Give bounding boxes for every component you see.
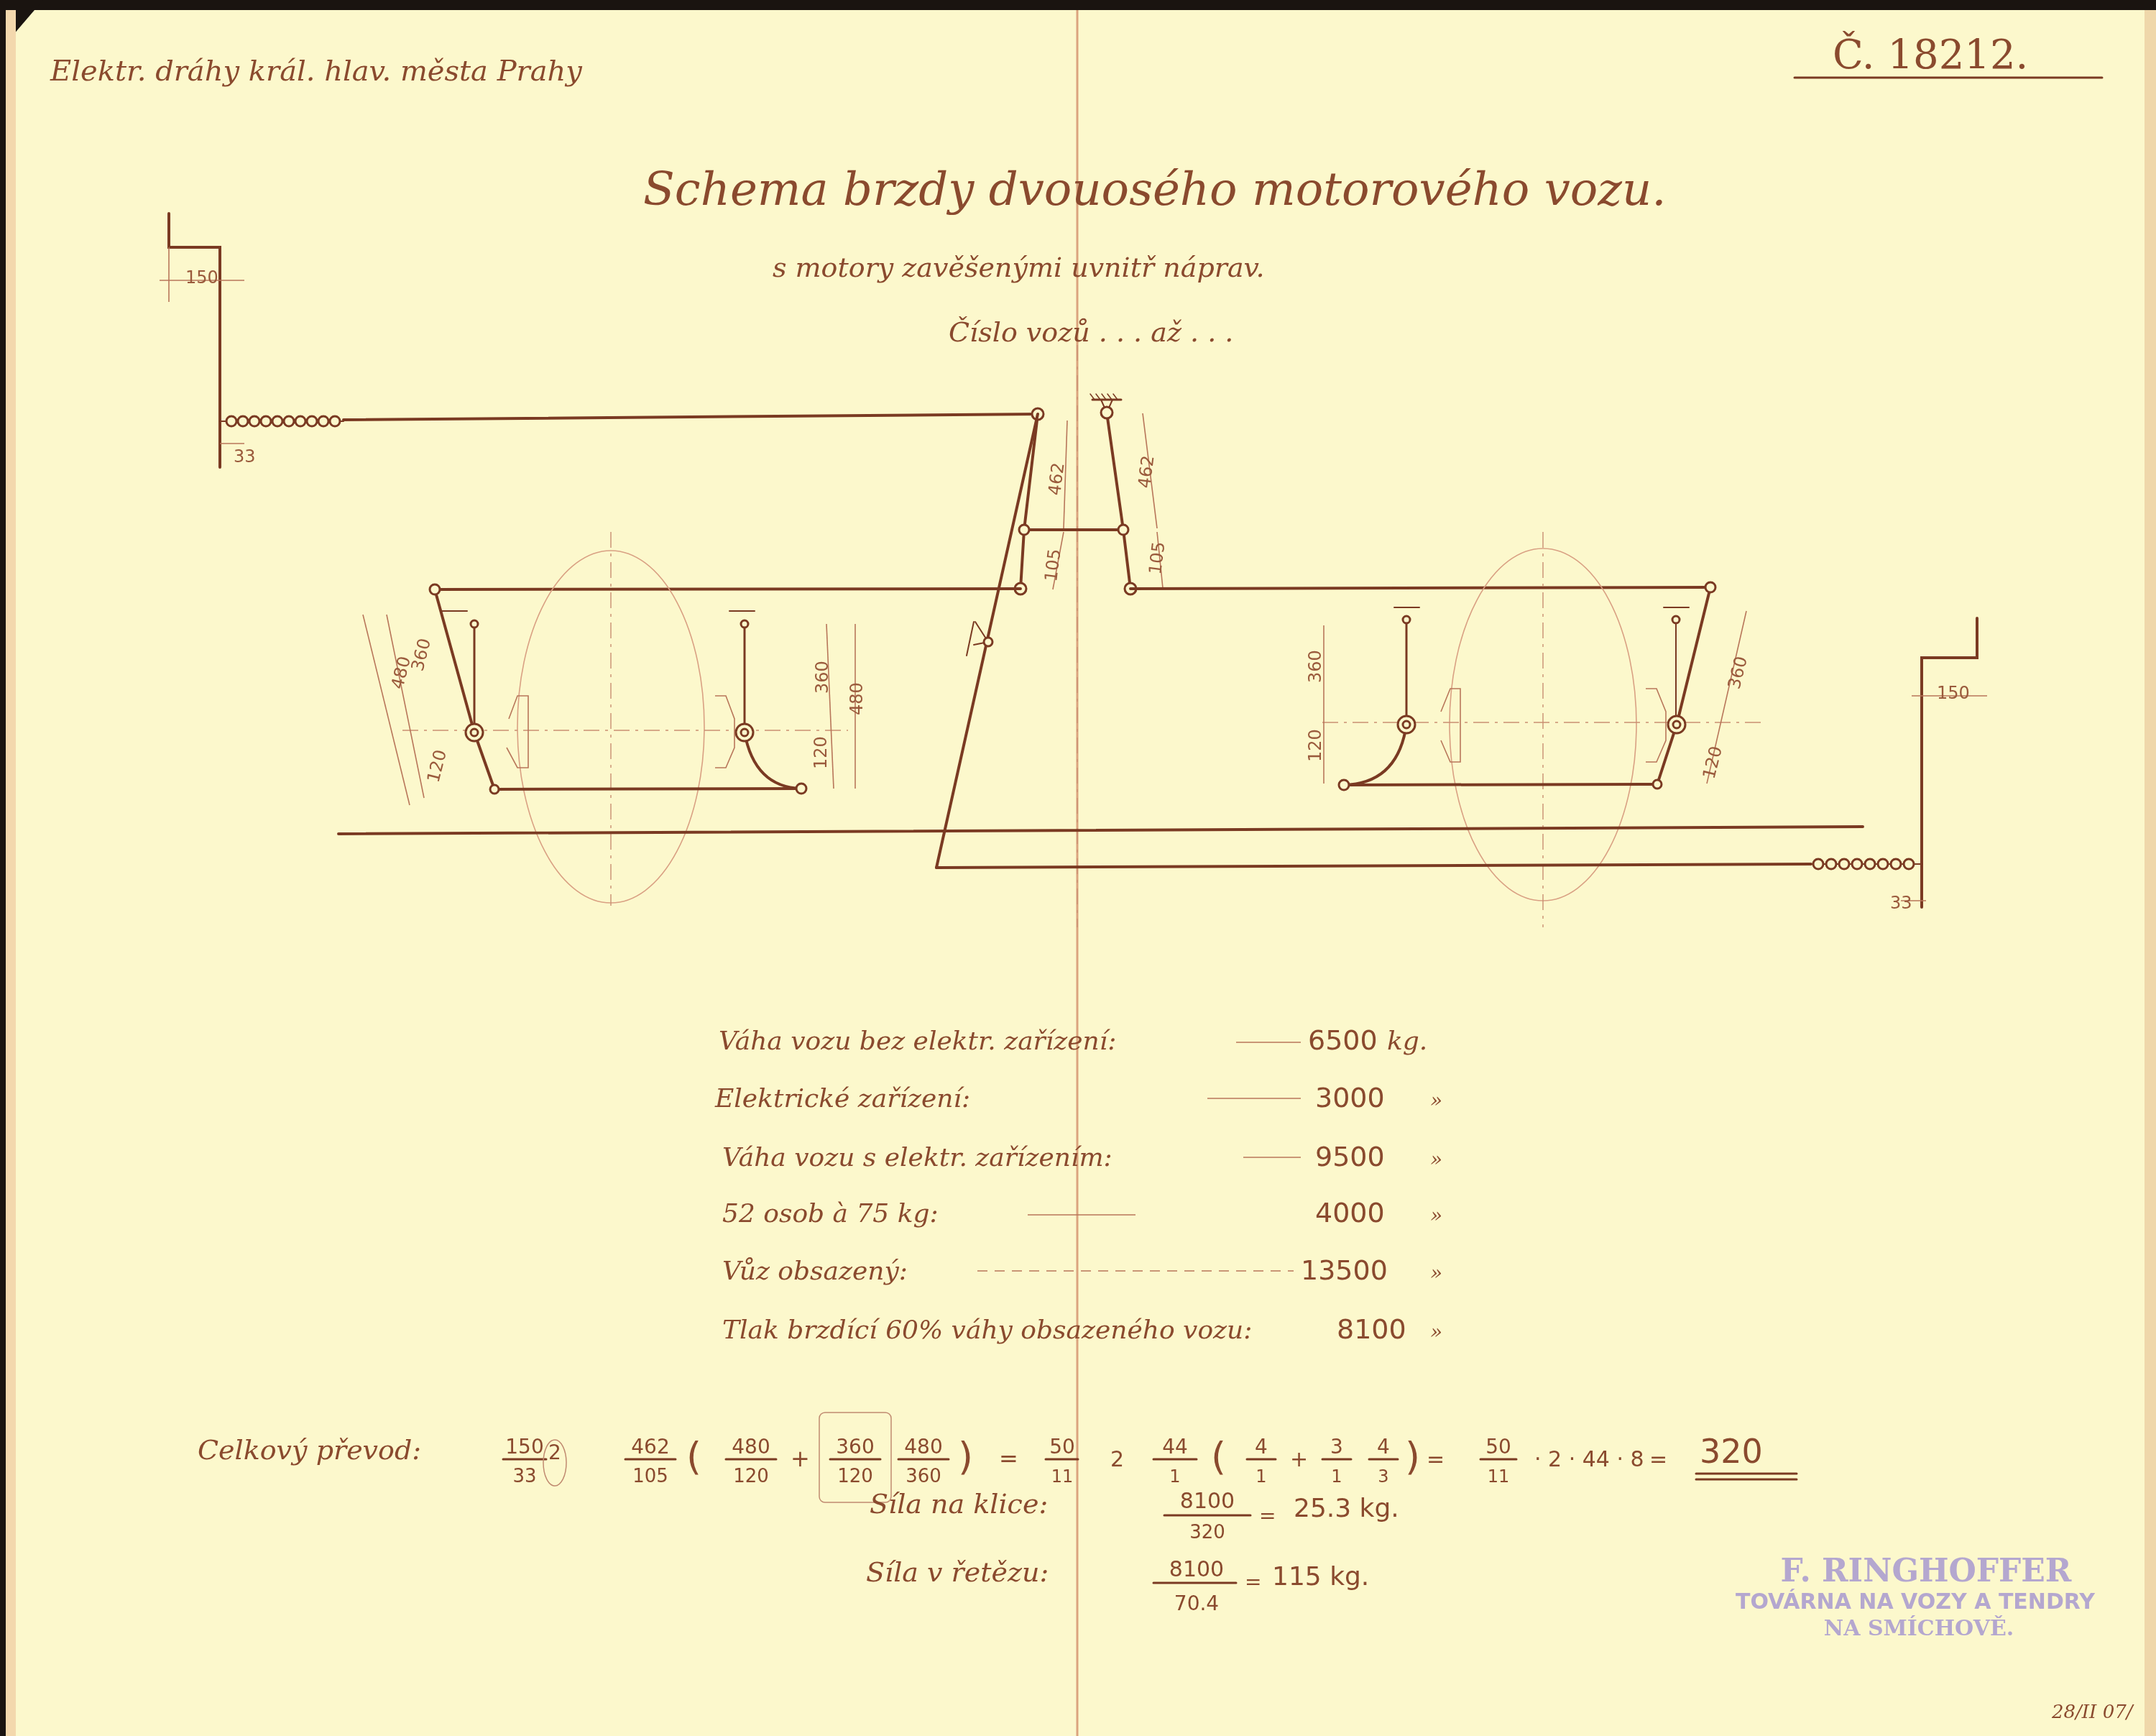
svg-text:kg.: kg. bbox=[1387, 1027, 1427, 1056]
svg-text:): ) bbox=[1405, 1434, 1420, 1479]
left-handle-arm-dim: 150 bbox=[185, 267, 218, 288]
right-chain bbox=[1811, 859, 1922, 869]
svg-text:8100: 8100 bbox=[1180, 1489, 1235, 1514]
svg-text:360: 360 bbox=[836, 1435, 874, 1459]
diagonal-rod-guide bbox=[967, 622, 992, 656]
fraction: 44 1 bbox=[1153, 1435, 1197, 1487]
chain-force: Síla v řetězu: 8100 70.4 = 115 kg. bbox=[866, 1556, 1369, 1615]
fraction: 50 11 bbox=[1046, 1435, 1078, 1487]
weight-row: Váha vozu bez elektr. zařízení: 6500 kg. bbox=[719, 1024, 1427, 1056]
fraction: 480 120 bbox=[726, 1435, 776, 1487]
svg-text:44: 44 bbox=[1162, 1435, 1188, 1459]
svg-text:120: 120 bbox=[733, 1466, 769, 1487]
svg-text:(: ( bbox=[1211, 1434, 1226, 1479]
left-outer-lower-dim: 120 bbox=[423, 748, 451, 784]
svg-text:=: = bbox=[1649, 1447, 1667, 1472]
svg-text:2: 2 bbox=[1110, 1447, 1124, 1472]
svg-text:11: 11 bbox=[1051, 1466, 1074, 1487]
bottom-pull-rod bbox=[936, 864, 1811, 868]
fraction: 4 3 bbox=[1369, 1435, 1398, 1487]
svg-text:50: 50 bbox=[1049, 1435, 1075, 1459]
central-lever: 462 462 105 105 bbox=[1015, 345, 1169, 927]
svg-text:480: 480 bbox=[904, 1435, 942, 1459]
fraction: 462 105 bbox=[625, 1435, 676, 1487]
central-right-lower-dim: 105 bbox=[1145, 541, 1169, 576]
svg-text:11: 11 bbox=[1488, 1466, 1510, 1487]
left-inner-lower-dim: 120 bbox=[811, 736, 831, 769]
central-right-upper-dim: 462 bbox=[1134, 454, 1158, 490]
weight-row: Vůz obsazený: 13500 » bbox=[722, 1254, 1442, 1286]
svg-text:»: » bbox=[1430, 1088, 1442, 1112]
ratio-label: Celkový převod: bbox=[198, 1434, 421, 1466]
svg-text:1: 1 bbox=[1256, 1466, 1266, 1487]
product-terms: · 2 · 44 · 8 bbox=[1534, 1447, 1644, 1472]
svg-text:F. RINGHOFFER: F. RINGHOFFER bbox=[1781, 1553, 2072, 1589]
svg-text:»: » bbox=[1430, 1261, 1442, 1285]
left-handle: 150 33 bbox=[160, 213, 344, 467]
right-outer-lower-dim: 120 bbox=[1699, 744, 1726, 781]
svg-text:): ) bbox=[958, 1434, 973, 1479]
svg-text:1: 1 bbox=[1331, 1466, 1342, 1487]
svg-text:115 kg.: 115 kg. bbox=[1272, 1562, 1369, 1592]
svg-text:13500: 13500 bbox=[1301, 1254, 1388, 1286]
date-note: 28/II 07/ bbox=[2051, 1701, 2134, 1723]
ratio-result: 320 bbox=[1700, 1432, 1763, 1471]
central-left-lower-dim: 105 bbox=[1041, 548, 1064, 583]
svg-text:TOVÁRNA NA VOZY A TENDRY: TOVÁRNA NA VOZY A TENDRY bbox=[1736, 1589, 2096, 1615]
weight-row: Elektrické zařízení: 3000 » bbox=[714, 1082, 1442, 1113]
fraction: 480 360 bbox=[898, 1435, 949, 1487]
right-handle-arm-dim: 150 bbox=[1937, 683, 1970, 703]
central-left-upper-dim: 462 bbox=[1044, 461, 1068, 497]
svg-text:70.4: 70.4 bbox=[1174, 1592, 1219, 1615]
svg-text:9500: 9500 bbox=[1315, 1141, 1385, 1172]
svg-text:120: 120 bbox=[837, 1466, 873, 1487]
svg-text:320: 320 bbox=[1189, 1522, 1225, 1543]
left-inner-upper-dim: 360 bbox=[812, 661, 832, 694]
fraction: 360 120 bbox=[830, 1435, 880, 1487]
weight-row: Tlak brzdící 60% váhy obsazeného vozu: 8… bbox=[722, 1313, 1442, 1345]
factor-two: 2 bbox=[548, 1441, 561, 1464]
right-chain-offset-dim: 33 bbox=[1890, 893, 1912, 913]
svg-text:+: + bbox=[791, 1445, 810, 1472]
svg-text:480: 480 bbox=[732, 1435, 770, 1459]
svg-text:3: 3 bbox=[1330, 1435, 1343, 1459]
svg-text:150: 150 bbox=[505, 1435, 543, 1459]
right-upper-rod bbox=[1130, 587, 1710, 589]
title-main: Schema brzdy dvouosého motorového vozu. bbox=[643, 163, 1667, 216]
svg-text:33: 33 bbox=[512, 1466, 536, 1487]
owner-label: Elektr. dráhy král. hlav. města Prahy bbox=[50, 55, 583, 88]
left-inner-total-dim: 480 bbox=[847, 682, 867, 715]
svg-text:»: » bbox=[1430, 1320, 1442, 1344]
right-outer-upper-dim: 360 bbox=[1724, 654, 1751, 691]
right-handle: 150 33 bbox=[1811, 618, 1987, 913]
fraction: 3 1 bbox=[1322, 1435, 1351, 1487]
svg-text:Síla na klice:: Síla na klice: bbox=[870, 1488, 1048, 1520]
svg-text:=: = bbox=[999, 1445, 1018, 1472]
title-subtitle: s motory zavěšenými uvnitř náprav. bbox=[773, 252, 1265, 283]
svg-text:50: 50 bbox=[1485, 1435, 1511, 1459]
manufacturer-stamp: F. RINGHOFFER TOVÁRNA NA VOZY A TENDRY N… bbox=[1736, 1553, 2096, 1641]
svg-text:4: 4 bbox=[1255, 1435, 1268, 1459]
svg-text:4: 4 bbox=[1377, 1435, 1390, 1459]
svg-text:NA SMÍCHOVĚ.: NA SMÍCHOVĚ. bbox=[1824, 1615, 2014, 1641]
brake-schematic: Elektr. dráhy král. hlav. města Prahy Č.… bbox=[0, 0, 2156, 1736]
weights-table: Váha vozu bez elektr. zařízení: 6500 kg.… bbox=[714, 1024, 1442, 1345]
svg-text:»: » bbox=[1430, 1147, 1442, 1171]
svg-text:1: 1 bbox=[1169, 1466, 1180, 1487]
drawing-sheet: Elektr. dráhy král. hlav. města Prahy Č.… bbox=[0, 0, 2156, 1736]
svg-text:3000: 3000 bbox=[1315, 1082, 1385, 1113]
car-number-label: Číslo vozů . . . až . . . bbox=[949, 316, 1233, 348]
left-outer-upper-dim: 360 bbox=[407, 636, 435, 673]
fraction: 50 11 bbox=[1480, 1435, 1516, 1487]
weight-row: Váha vozu s elektr. zařízením: 9500 » bbox=[722, 1141, 1442, 1172]
left-chain-offset-dim: 33 bbox=[234, 446, 256, 467]
svg-text:8100: 8100 bbox=[1169, 1557, 1224, 1582]
svg-text:360: 360 bbox=[906, 1466, 941, 1487]
svg-text:4000: 4000 bbox=[1315, 1197, 1385, 1228]
svg-text:6500: 6500 bbox=[1308, 1024, 1378, 1056]
svg-text:Váha vozu s elektr. zařízením:: Váha vozu s elektr. zařízením: bbox=[722, 1143, 1112, 1172]
top-pull-rod bbox=[344, 414, 1038, 420]
svg-text:=: = bbox=[1259, 1504, 1276, 1528]
left-chain bbox=[220, 416, 344, 426]
svg-text:»: » bbox=[1430, 1203, 1442, 1227]
left-upper-rod bbox=[435, 589, 1021, 589]
handle-force: Síla na klice: 8100 320 = 25.3 kg. bbox=[870, 1488, 1399, 1543]
svg-text:=: = bbox=[1245, 1570, 1261, 1594]
drawing-number: Č. 18212. bbox=[1833, 30, 2028, 78]
frame-line bbox=[338, 827, 1863, 834]
fraction: 4 1 bbox=[1247, 1435, 1276, 1487]
svg-text:+: + bbox=[1290, 1447, 1308, 1472]
weight-row: 52 osob à 75 kg: 4000 » bbox=[722, 1197, 1442, 1228]
fraction: 150 33 bbox=[503, 1435, 546, 1487]
svg-text:Elektrické zařízení:: Elektrické zařízení: bbox=[714, 1084, 970, 1113]
svg-text:Vůz obsazený:: Vůz obsazený: bbox=[722, 1257, 908, 1286]
svg-text:Tlak brzdící 60% váhy obsazené: Tlak brzdící 60% váhy obsazeného vozu: bbox=[722, 1315, 1252, 1345]
svg-text:Síla v řetězu:: Síla v řetězu: bbox=[866, 1556, 1049, 1588]
right-inner-lower-dim: 120 bbox=[1305, 729, 1325, 762]
svg-text:3: 3 bbox=[1378, 1466, 1388, 1487]
svg-text:Váha vozu bez elektr. zařízení: Váha vozu bez elektr. zařízení: bbox=[719, 1027, 1116, 1056]
right-axle: 360 120 360 120 bbox=[1305, 532, 1761, 927]
svg-text:52 osob à 75 kg:: 52 osob à 75 kg: bbox=[722, 1199, 939, 1228]
svg-text:25.3 kg.: 25.3 kg. bbox=[1294, 1494, 1399, 1523]
svg-text:105: 105 bbox=[632, 1466, 668, 1487]
svg-text:=: = bbox=[1427, 1447, 1445, 1472]
right-inner-upper-dim: 360 bbox=[1305, 650, 1325, 683]
svg-text:(: ( bbox=[686, 1434, 701, 1479]
svg-text:462: 462 bbox=[631, 1435, 669, 1459]
svg-text:8100: 8100 bbox=[1337, 1313, 1406, 1345]
